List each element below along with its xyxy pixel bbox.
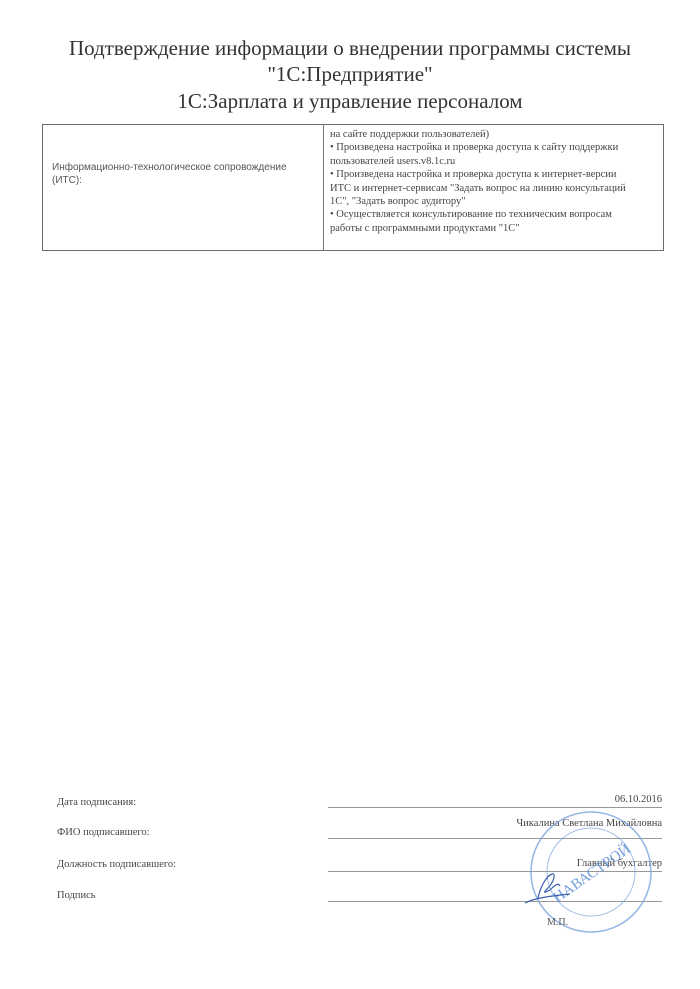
content-line: • Произведена настройка и проверка досту…	[330, 141, 660, 154]
date-label: Дата подписания:	[57, 797, 136, 808]
table-row-label: Информационно-технологическое сопровожде…	[52, 161, 317, 187]
seal-label: М.П.	[547, 917, 568, 928]
handwritten-signature-icon	[520, 868, 580, 908]
content-line: пользователей users.v8.1c.ru	[330, 155, 660, 168]
content-line: 1С", "Задать вопрос аудитору"	[330, 195, 660, 208]
info-table: Информационно-технологическое сопровожде…	[42, 124, 664, 251]
signature-label: Подпись	[57, 890, 96, 901]
content-line: • Осуществляется консультирование по тех…	[330, 208, 660, 221]
content-line: работы с программными продуктами "1С"	[330, 222, 660, 235]
table-row-content: на сайте поддержки пользователей) • Прои…	[330, 128, 660, 235]
name-label: ФИО подписавшего:	[57, 827, 150, 838]
date-value: 06.10.2016	[615, 794, 662, 805]
position-label: Должность подписавшего:	[57, 859, 176, 870]
title-line-1: Подтверждение информации о внедрении про…	[0, 36, 700, 61]
title-line-3: 1С:Зарплата и управление персоналом	[0, 89, 700, 114]
table-column-divider	[323, 125, 324, 250]
content-line: • Произведена настройка и проверка досту…	[330, 168, 660, 181]
content-line: на сайте поддержки пользователей)	[330, 128, 660, 141]
content-line: ИТС и интернет-сервисам "Задать вопрос н…	[330, 182, 660, 195]
title-line-2: "1С:Предприятие"	[0, 62, 700, 87]
